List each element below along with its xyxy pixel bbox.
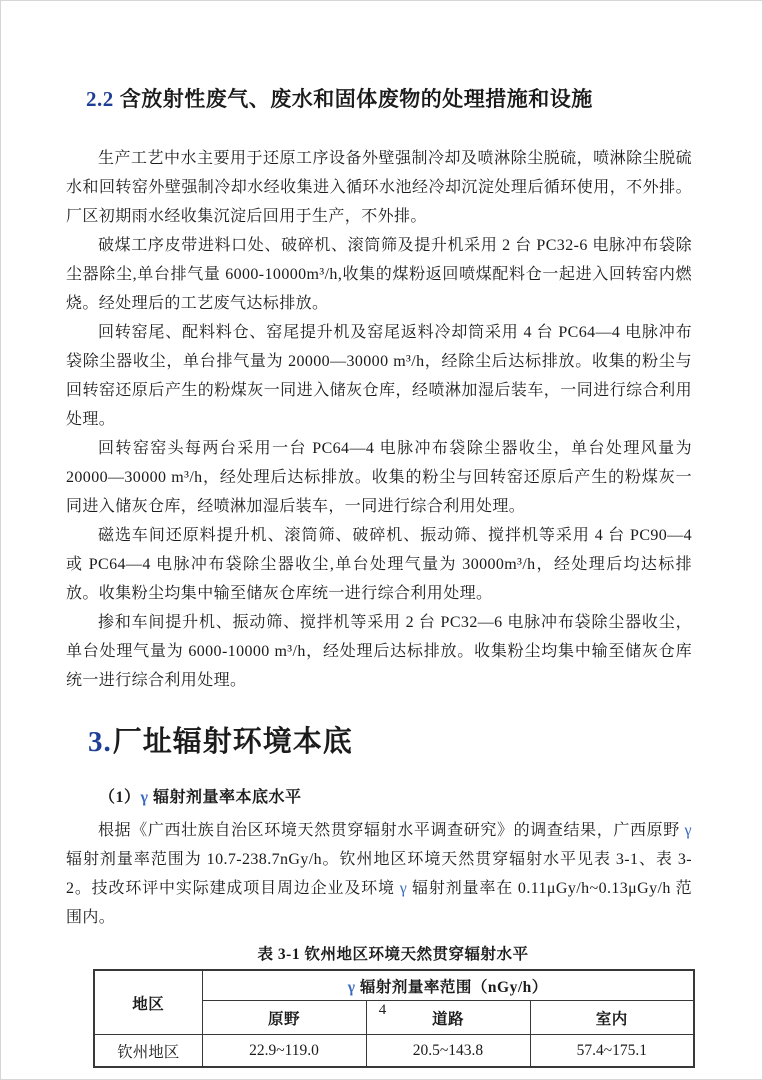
section-2-2-heading: 2.2含放射性废气、废水和固体废物的处理措施和设施 (86, 85, 692, 113)
paragraph-kiln-head: 回转窑窑头每两台采用一台 PC64—4 电脉冲布袋除尘器收尘，单台处理风量为 2… (66, 434, 692, 521)
table-cell-road-value: 20.5~143.8 (366, 1035, 530, 1068)
table-header-gamma-range: γ 辐射剂量率范围（nGy/h） (202, 970, 694, 1001)
page-number: 4 (1, 1002, 763, 1019)
table-cell-indoor-value: 57.4~175.1 (530, 1035, 694, 1068)
document-page: 2.2含放射性废气、废水和固体废物的处理措施和设施 生产工艺中水主要用于还原工序… (0, 0, 763, 1080)
paragraph-gamma-survey: 根据《广西壮族自治区环境天然贯穿辐射水平调查研究》的调查结果，广西原野 γ 辐射… (66, 816, 692, 932)
table-cell-field-value: 22.9~119.0 (202, 1035, 366, 1068)
paragraph-magnetic-separation: 磁选车间还原料提升机、滚筒筛、破碎机、振动筛、搅拌机等采用 4 台 PC90—4… (66, 521, 692, 608)
table-row: 钦州地区 22.9~119.0 20.5~143.8 57.4~175.1 (94, 1035, 694, 1068)
paragraph-kiln-tail: 回转窑尾、配料料仓、窑尾提升机及窑尾返料冷却筒采用 4 台 PC64—4 电脉冲… (66, 318, 692, 434)
subsection-gamma-baseline-title: （1）γ 辐射剂量率本底水平 (66, 786, 692, 810)
paragraph-coal-crushing: 破煤工序皮带进料口处、破碎机、滚筒筛及提升机采用 2 台 PC32-6 电脉冲布… (66, 231, 692, 318)
paragraph-blending-workshop: 掺和车间提升机、振动筛、搅拌机等采用 2 台 PC32—6 电脉冲布袋除尘器收尘… (66, 608, 692, 695)
table-caption: 表 3-1 钦州地区环境天然贯穿辐射水平 (93, 942, 693, 964)
section-2-2-title: 含放射性废气、废水和固体废物的处理措施和设施 (120, 87, 593, 111)
table-cell-region: 钦州地区 (94, 1035, 202, 1068)
section-3-heading: 3.厂址辐射环境本底 (88, 722, 692, 762)
paragraph-water-treatment: 生产工艺中水主要用于还原工序设备外壁强制冷却及喷淋除尘脱硫，喷淋除尘脱硫水和回转… (66, 144, 692, 231)
section-2-2-number: 2.2 (86, 87, 114, 111)
section-3-title: 厂址辐射环境本底 (113, 726, 353, 758)
section-3-number: 3. (88, 726, 112, 758)
